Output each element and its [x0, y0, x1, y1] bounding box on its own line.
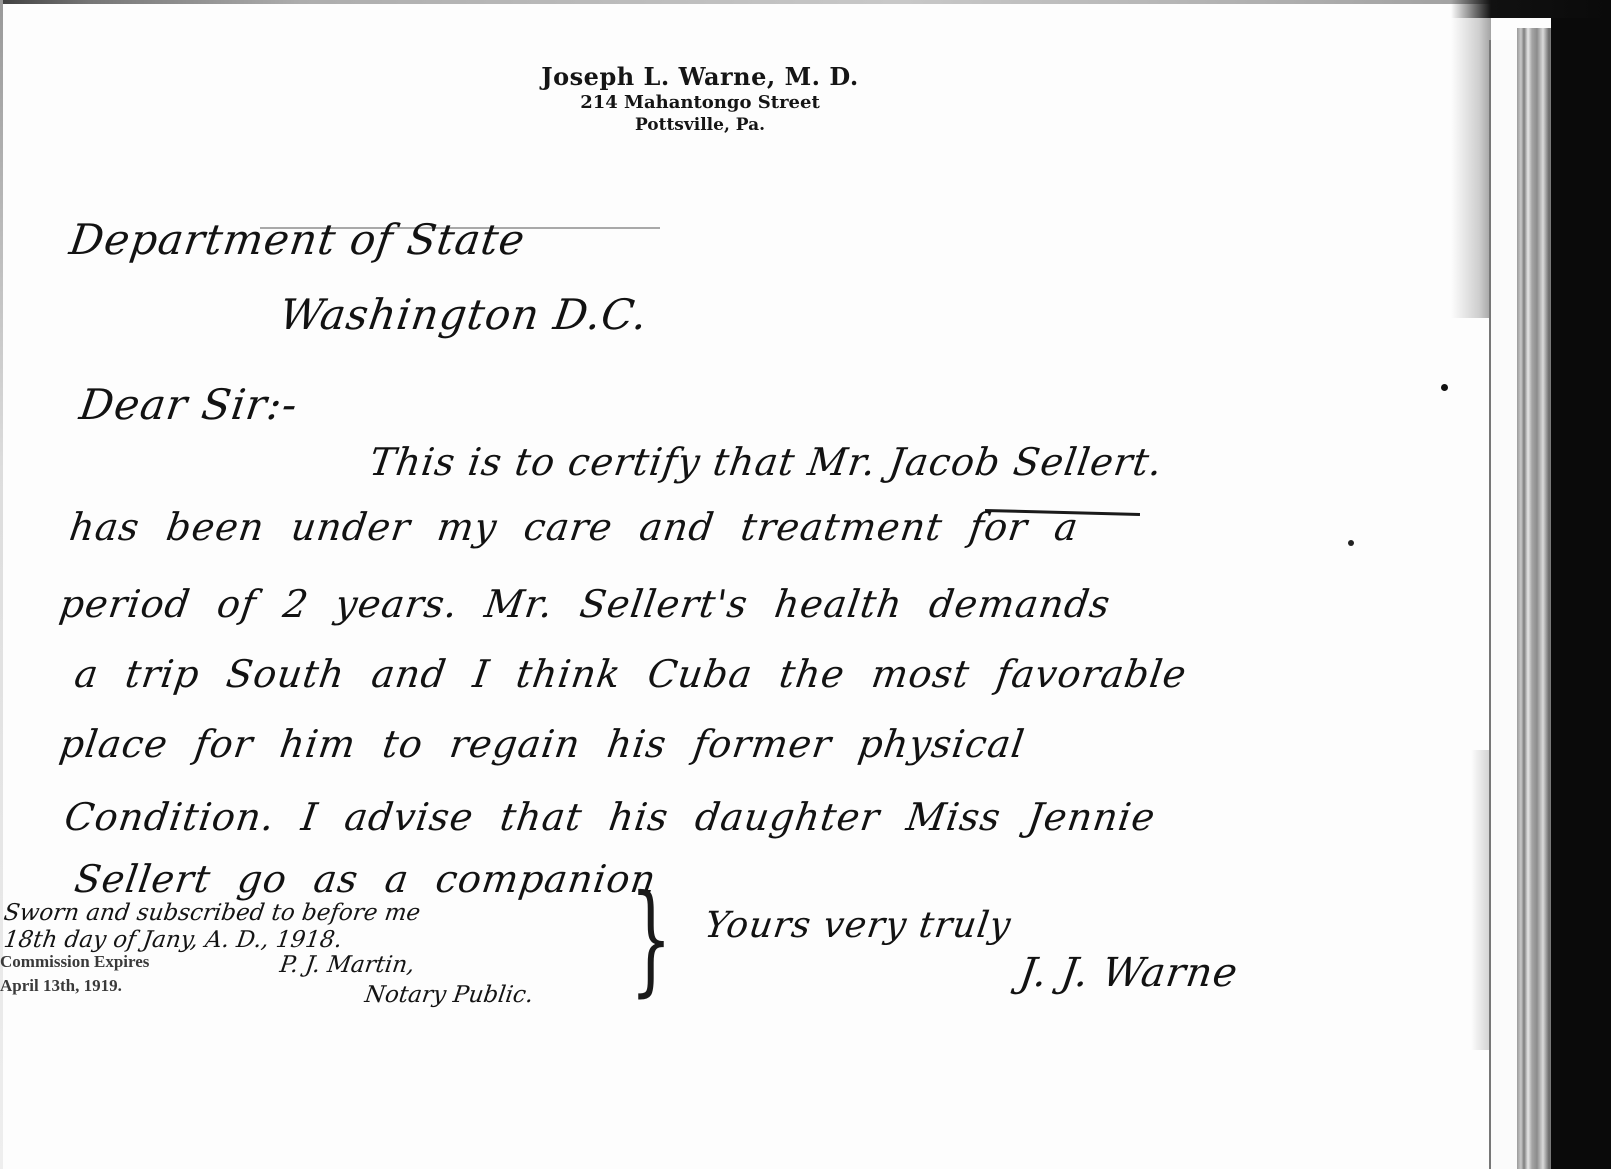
notary-brace-icon: }: [630, 880, 672, 1000]
closing: Yours very truly: [702, 905, 1014, 946]
body-line-4: a trip South and I think Cuba the most f…: [72, 652, 1190, 696]
recipient-address-line-2: Washington D.C.: [277, 290, 652, 339]
binding-dark-background: [1551, 0, 1611, 1169]
binding-shadow: [1451, 18, 1491, 318]
notary-date-line: 18th day of Jany, A. D., 1918.: [2, 927, 344, 953]
notary-name: P. J. Martin,: [278, 952, 416, 978]
book-binding-edge: [1451, 0, 1611, 1169]
body-line-1: This is to certify that Mr. Jacob Seller…: [367, 440, 1166, 484]
ink-speck: [1441, 384, 1448, 391]
body-line-7: Sellert go as a companion: [72, 857, 659, 901]
notary-sworn-line: Sworn and subscribed to before me: [2, 900, 422, 926]
salutation: Dear Sir:-: [77, 380, 302, 429]
body-line-5: place for him to regain his former physi…: [57, 722, 1028, 766]
body-line-2: has been under my care and treatment for…: [67, 505, 1082, 549]
signature: J. J. Warne: [1017, 950, 1241, 996]
letterhead-name: Joseph L. Warne, M. D.: [500, 62, 900, 92]
page-stack-strip: [1489, 40, 1519, 1169]
body-line-3: period of 2 years. Mr. Sellert's health …: [57, 582, 1114, 626]
binding-shadow-lower: [1471, 750, 1491, 1050]
body-line-6: Condition. I advise that his daughter Mi…: [62, 795, 1158, 839]
notary-commission-label: Commission Expires: [0, 952, 149, 972]
letterhead-city: Pottsville, Pa.: [500, 115, 900, 136]
binding-top-cap: [1451, 0, 1611, 18]
recipient-address-line-1: Department of State: [67, 215, 529, 264]
notary-title: Notary Public.: [363, 982, 535, 1008]
letterhead: Joseph L. Warne, M. D. 214 Mahantongo St…: [500, 62, 900, 136]
stray-period-mark: [1348, 540, 1354, 546]
letterhead-street: 214 Mahantongo Street: [500, 92, 900, 115]
scan-top-edge: [0, 0, 1500, 4]
scanned-letter-page: Joseph L. Warne, M. D. 214 Mahantongo St…: [0, 0, 1611, 1169]
notary-commission-date: April 13th, 1919.: [0, 976, 122, 996]
